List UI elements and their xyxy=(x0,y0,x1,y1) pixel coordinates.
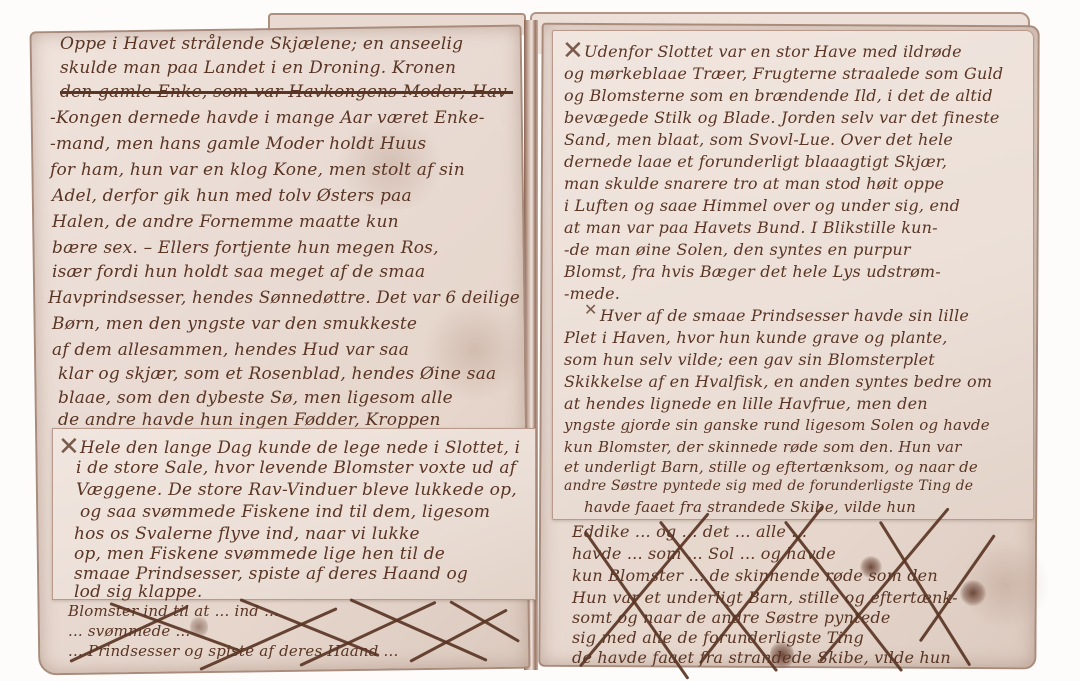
ink-blot xyxy=(770,640,794,670)
right-slip-line-13: Hver af de smaae Prindsesser havde sin l… xyxy=(600,306,969,325)
left-slip-line-8: lod sig klappe. xyxy=(74,582,203,602)
left-line-4: -Kongen dernede havde i mange Aar været … xyxy=(50,108,485,128)
left-slip-line-1: Hele den lange Dag kunde de lege nede i … xyxy=(80,438,520,458)
left-slip-line-6: op, men Fiskene svømmede lige hen til de xyxy=(74,544,445,564)
left-line-12: Børn, men den yngste var den smukkeste xyxy=(52,314,417,334)
left-line-8: Halen, de andre Fornemme maatte kun xyxy=(52,212,399,232)
left-line-15: blaae, som den dybeste Sø, men ligesom a… xyxy=(58,388,453,408)
left-slip-line-2: i de store Sale, hvor levende Blomster v… xyxy=(76,458,516,478)
right-crossed-line-2: havde ... som ... Sol ... og havde xyxy=(572,544,836,563)
ink-blot xyxy=(860,556,882,578)
left-slip-line-5: hos os Svalerne flyve ind, naar vi lukke xyxy=(74,524,420,544)
left-line-13: af dem allesammen, hendes Hud var saa xyxy=(52,340,409,360)
right-slip-line-5: Sand, men blaat, som Svovl-Lue. Over det… xyxy=(564,130,953,149)
left-slip-line-3: Væggene. De store Rav-Vinduer bleve lukk… xyxy=(76,480,517,500)
right-slip-line-2: og mørkeblaae Træer, Frugterne straalede… xyxy=(564,64,1003,83)
left-line-5: -mand, men hans gamle Moder holdt Huus xyxy=(50,134,426,154)
left-line-6: for ham, hun var en klog Kone, men stolt… xyxy=(50,160,465,180)
right-slip-line-7: man skulde snarere tro at man stod høit … xyxy=(564,174,944,193)
insertion-mark-icon: ✕ xyxy=(584,300,597,319)
right-slip-line-14: Plet i Haven, hvor hun kunde grave og pl… xyxy=(564,328,948,347)
left-line-1: Oppe i Havet strålende Skjælene; en anse… xyxy=(60,34,463,54)
right-slip-line-22: havde faaet fra strandede Skibe, vilde h… xyxy=(584,498,916,516)
paper-stain xyxy=(420,300,530,400)
right-slip-line-3: og Blomsterne som en brændende Ild, i de… xyxy=(564,86,993,105)
right-slip-line-11: Blomst, fra hvis Bæger det hele Lys udst… xyxy=(564,262,941,281)
left-slip-line-4: og saa svømmede Fiskene ind til dem, lig… xyxy=(80,502,490,522)
right-slip-line-18: yngste gjorde sin ganske rund ligesom So… xyxy=(564,416,990,434)
left-line-16: de andre havde hun ingen Fødder, Kroppen xyxy=(58,410,441,430)
right-slip-line-16: Skikkelse af en Hvalfisk, en anden synte… xyxy=(564,372,992,391)
right-slip-line-17: at hendes lignede en lille Havfrue, men … xyxy=(564,394,928,413)
right-slip-line-8: i Luften og saae Himmel over og under si… xyxy=(564,196,960,215)
right-slip-line-20: et underligt Barn, stille og eftertænkso… xyxy=(564,458,978,476)
left-slip-line-7: smaae Prindsesser, spiste af deres Haand… xyxy=(74,564,468,584)
right-slip-line-15: som hun selv vilde; een gav sin Blomster… xyxy=(564,350,935,369)
ink-blot xyxy=(960,580,986,606)
right-slip-line-4: bevægede Stilk og Blade. Jorden selv var… xyxy=(564,108,1000,127)
right-slip-line-19: kun Blomster, der skinnede røde som den.… xyxy=(564,438,962,456)
left-line-14: klar og skjær, som et Rosenblad, hendes … xyxy=(58,364,496,384)
left-line-3-struck: den gamle Enke, som var Havkongens Moder… xyxy=(60,82,513,102)
right-slip-line-6: dernede laae et forunderligt blaaagtigt … xyxy=(564,152,947,171)
ink-blot xyxy=(190,615,208,639)
left-line-2: skulde man paa Landet i en Droning. Kron… xyxy=(60,58,456,78)
insertion-mark-icon: ✕ xyxy=(562,36,584,66)
left-line-10: især fordi hun holdt saa meget af de sma… xyxy=(52,262,425,282)
left-line-11: Havprindsesser, hendes Sønnedøttre. Det … xyxy=(48,288,520,308)
left-line-9: bære sex. – Ellers fortjente hun megen R… xyxy=(52,238,439,258)
right-slip-line-21: andre Søstre pyntede sig med de forunder… xyxy=(564,478,973,494)
right-slip-line-1: Udenfor Slottet var en stor Have med ild… xyxy=(584,42,962,61)
right-slip-line-10: -de man øine Solen, den syntes en purpur xyxy=(564,240,911,259)
right-slip-line-9: at man var paa Havets Bund. I Blikstille… xyxy=(564,218,938,237)
left-line-7: Adel, derfor gik hun med tolv Østers paa xyxy=(52,186,412,206)
